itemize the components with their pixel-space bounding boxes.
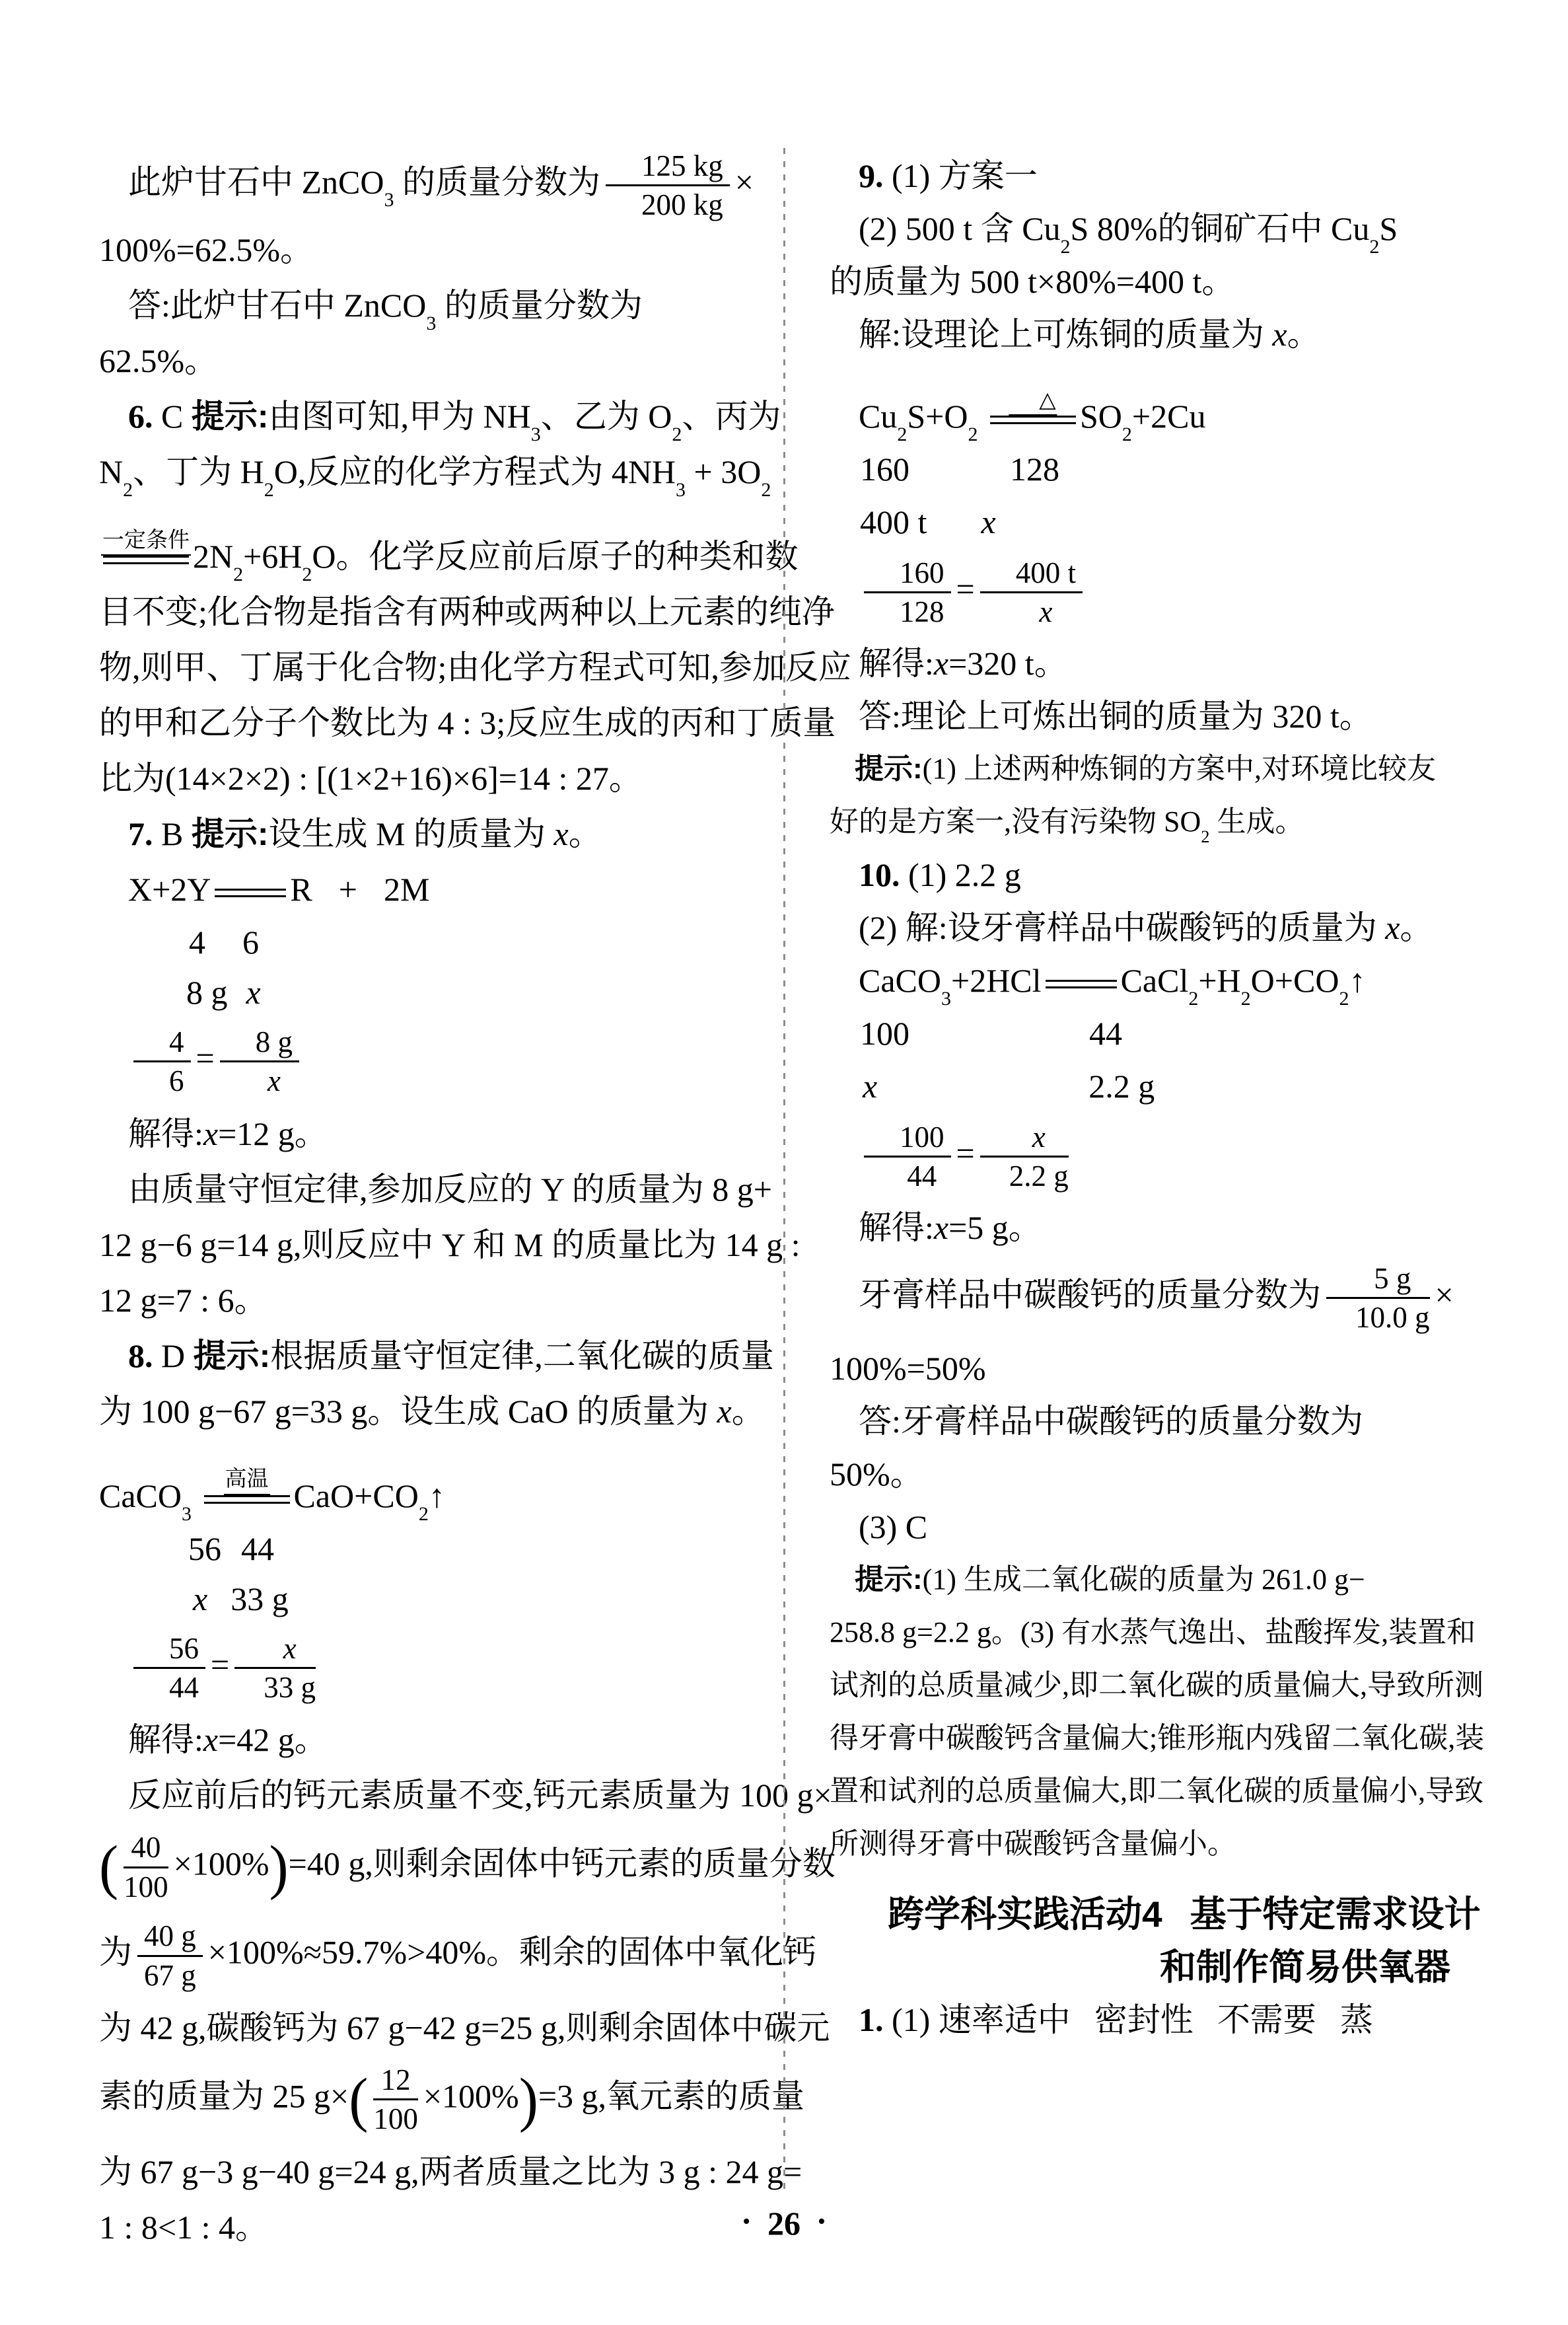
hint-label: 提示:: [194, 1337, 271, 1374]
big-paren: (: [99, 1843, 118, 1892]
subscript: 2: [897, 424, 907, 445]
text-line: 12 g−6 g=14 g,则反应中 Y 和 M 的质量比为 14 g :: [99, 1217, 769, 1273]
text-line: Cu2S+O2 △SO2+2Cu: [830, 361, 1536, 443]
text-line: 提示:(1) 上述两种炼铜的方案中,对环境比较友: [830, 743, 1536, 795]
variable: x: [981, 503, 995, 540]
subscript: 3: [182, 1503, 192, 1525]
subscript: 3: [531, 424, 541, 445]
text-line: 100%=50%: [830, 1342, 1536, 1395]
page-footer: •26•: [0, 2204, 1568, 2242]
text-line: 解得:x=42 g。: [99, 1712, 769, 1767]
text-line: 好的是方案一,没有污染物 SO2 生成。: [830, 795, 1536, 848]
subscript: 2: [1188, 988, 1198, 1010]
left-column: 此炉甘石中 ZnCO3 的质量分数为125 kg200 kg×100%=62.5…: [99, 149, 769, 2255]
subscript: 2: [264, 479, 274, 501]
hint-label: 提示:: [192, 815, 269, 852]
subscript: 2: [1241, 988, 1251, 1010]
subscript: 2: [123, 479, 133, 501]
text-line: 解:设理论上可炼铜的质量为 x。: [830, 308, 1536, 361]
text-line: 8 gx: [99, 967, 769, 1017]
footer-right-dot: •: [818, 2209, 826, 2234]
variable: x: [1385, 909, 1400, 946]
text-line: 解得:x=12 g。: [99, 1106, 769, 1162]
subscript: 2: [302, 564, 312, 585]
text-line: x2.2 g: [830, 1060, 1536, 1113]
subscript: 2: [419, 1503, 429, 1525]
reaction-condition: 一定条件: [101, 527, 191, 556]
big-paren: ): [269, 1843, 289, 1892]
problem-number: 8.: [128, 1337, 153, 1374]
text-line: 为 42 g,碳酸钙为 67 g−42 g=25 g,则剩余固体中碳元: [99, 2000, 769, 2055]
text-line: CaCO3 高温CaO+CO2↑: [99, 1439, 769, 1524]
text-line: 物,则甲、丁属于化合物;由化学方程式可知,参加反应: [99, 640, 769, 695]
subscript: 2: [761, 479, 771, 501]
text-line: 为 67 g−3 g−40 g=24 g,两者质量之比为 3 g : 24 g=: [99, 2144, 769, 2199]
variable: x: [283, 1632, 297, 1665]
fraction: x2.2 g: [980, 1121, 1069, 1193]
text-line: 由质量守恒定律,参加反应的 Y 的质量为 8 g+: [99, 1162, 769, 1217]
variable: x: [1039, 595, 1052, 628]
big-paren: ): [519, 2075, 538, 2124]
fraction: 12100: [373, 2063, 418, 2136]
text-line: 7. B 提示:设生成 M 的质量为 x。: [99, 806, 769, 862]
problem-number: 9.: [859, 157, 884, 194]
subscript: 3: [941, 988, 951, 1010]
text-line: 跨学科实践活动4基于特定需求设计: [830, 1888, 1536, 1940]
text-line: 一定条件2N2+6H2O。化学反应前后原子的种类和数: [99, 499, 769, 584]
fraction: x33 g: [234, 1632, 316, 1705]
hint-label: 提示:: [855, 753, 923, 785]
right-column: 9. (1) 方案一(2) 500 t 含 Cu2S 80%的铜矿石中 Cu2S…: [830, 149, 1536, 2046]
text-line: N2、丁为 H2O,反应的化学方程式为 4NH3 + 3O2: [99, 444, 769, 499]
fraction: 125 kg200 kg: [606, 149, 730, 222]
text-line: 目不变;化合物是指含有两种或两种以上元素的纯净: [99, 584, 769, 640]
text-line: 为 100 g−67 g=33 g。设生成 CaO 的质量为 x。: [99, 1384, 769, 1439]
text-line: 6. C 提示:由图可知,甲为 NH3、乙为 O2、丙为: [99, 388, 769, 444]
text-line: 牙膏样品中碳酸钙的质量分数为5 g10.0 g×: [830, 1254, 1536, 1343]
text-line: (2) 500 t 含 Cu2S 80%的铜矿石中 Cu2S: [830, 202, 1536, 255]
double-line-equals: 高温: [204, 1495, 290, 1504]
reaction-condition: 高温: [224, 1466, 270, 1495]
text-line: 5644: [99, 1524, 769, 1574]
text-line: 解得:x=320 t。: [830, 637, 1536, 690]
variable: x: [1272, 316, 1287, 353]
fraction: 160128: [864, 556, 951, 629]
problem-number: 10.: [859, 856, 900, 893]
text-line: CaCO3+2HClCaCl2+H2O+CO2↑: [830, 954, 1536, 1007]
text-line: 12 g=7 : 6。: [99, 1273, 769, 1328]
text-line: 提示:(1) 生成二氧化碳的质量为 261.0 g−: [830, 1553, 1536, 1606]
text-line: 258.8 g=2.2 g。(3) 有水蒸气逸出、盐酸挥发,装置和: [830, 1606, 1536, 1659]
text-line: 160128=400 tx: [830, 548, 1536, 637]
text-line: x33 g: [99, 1574, 769, 1624]
workbook-answer-page: 此炉甘石中 ZnCO3 的质量分数为125 kg200 kg×100%=62.5…: [0, 0, 1568, 2325]
text-line: 试剂的总质量减少,即二氧化碳的质量偏大,导致所测: [830, 1659, 1536, 1712]
text-line: X+2YR+2M: [99, 862, 769, 917]
text-line: 比为(14×2×2) : [(1×2+16)×6]=14 : 27。: [99, 751, 769, 806]
subscript: 2: [968, 424, 978, 445]
text-line: 和制作简易供氧器: [830, 1940, 1536, 1993]
fraction: 46: [133, 1025, 191, 1098]
subscript: 2: [672, 424, 682, 445]
text-line: 得牙膏中碳酸钙含量偏大;锥形瓶内残留二氧化碳,装: [830, 1712, 1536, 1765]
text-line: 的甲和乙分子个数比为 4 : 3;反应生成的丙和丁质量: [99, 695, 769, 751]
column-divider: [783, 148, 785, 2190]
text-line: 5644=x33 g: [99, 1624, 769, 1713]
text-line: 此炉甘石中 ZnCO3 的质量分数为125 kg200 kg×: [99, 149, 769, 222]
text-line: 10. (1) 2.2 g: [830, 848, 1536, 901]
fraction: 5 g10.0 g: [1326, 1262, 1430, 1335]
text-line: 素的质量为 25 g×(12100×100%)=3 g,氧元素的质量: [99, 2055, 769, 2144]
variable: x: [203, 1721, 218, 1758]
text-line: 答:此炉甘石中 ZnCO3 的质量分数为: [99, 277, 769, 333]
text-line: 46=8 gx: [99, 1017, 769, 1106]
text-line: (40100×100%)=40 g,则剩余固体中钙元素的质量分数: [99, 1823, 769, 1911]
reaction-condition: △: [1009, 387, 1057, 416]
text-line: 置和试剂的总质量偏大,即二氧化碳的质量偏小,导致: [830, 1765, 1536, 1818]
variable: x: [246, 974, 261, 1011]
text-line: (3) C: [830, 1500, 1536, 1553]
variable: x: [193, 1580, 207, 1617]
text-line: 的质量为 500 t×80%=400 t。: [830, 255, 1536, 308]
variable: x: [934, 645, 948, 682]
text-line: 答:理论上可炼出铜的质量为 320 t。: [830, 690, 1536, 743]
fraction: 5644: [133, 1632, 205, 1705]
text-line: 50%。: [830, 1448, 1536, 1500]
subscript: 2: [1339, 988, 1349, 1010]
variable: x: [863, 1068, 877, 1105]
text-line: 为40 g67 g×100%≈59.7%>40%。剩余的固体中氧化钙: [99, 1911, 769, 2000]
text-line: 解得:x=5 g。: [830, 1201, 1536, 1254]
subscript: 2: [1201, 827, 1209, 846]
footer-left-dot: •: [742, 2209, 750, 2234]
double-line-equals: △: [990, 416, 1076, 424]
footer-page-number: 26: [767, 2205, 801, 2242]
subscript: 2: [1061, 236, 1071, 258]
subscript: 2: [1369, 236, 1379, 258]
variable: x: [1032, 1121, 1046, 1154]
text-line: 100%=62.5%。: [99, 222, 769, 277]
text-line: 160128: [830, 443, 1536, 496]
double-line-equals: 一定条件: [103, 556, 189, 564]
text-line: (2) 解:设牙膏样品中碳酸钙的质量为 x。: [830, 901, 1536, 954]
text-line: 62.5%。: [99, 333, 769, 388]
hint-label: 提示:: [855, 1563, 923, 1596]
fraction: 400 tx: [980, 556, 1083, 629]
subscript: 2: [1122, 424, 1132, 445]
subscript: 2: [233, 564, 243, 585]
double-line-equals: [1046, 980, 1117, 988]
subscript: 3: [426, 313, 436, 334]
text-line: 答:牙膏样品中碳酸钙的质量分数为: [830, 1395, 1536, 1448]
problem-number: 7.: [128, 815, 153, 852]
text-line: 反应前后的钙元素质量不变,钙元素质量为 100 g×: [99, 1767, 769, 1823]
text-line: 1. (1) 速率适中密封性不需要蒸: [830, 1993, 1536, 2046]
fraction: 8 gx: [220, 1025, 299, 1098]
variable: x: [934, 1209, 948, 1246]
text-line: 8. D 提示:根据质量守恒定律,二氧化碳的质量: [99, 1328, 769, 1384]
problem-number: 6.: [128, 398, 153, 435]
text-line: 9. (1) 方案一: [830, 149, 1536, 202]
text-line: 10044: [830, 1007, 1536, 1060]
subscript: 3: [384, 189, 394, 211]
text-line: 10044=x2.2 g: [830, 1113, 1536, 1201]
text-line: 400 tx: [830, 496, 1536, 548]
fraction: 40 g67 g: [137, 1919, 203, 1992]
fraction: 10044: [864, 1121, 951, 1193]
text-line: 46: [99, 917, 769, 967]
variable: x: [717, 1393, 732, 1430]
subscript: 3: [676, 479, 686, 501]
variable: x: [267, 1064, 281, 1097]
hint-label: 提示:: [192, 398, 269, 435]
variable: x: [203, 1115, 218, 1152]
big-paren: (: [349, 2075, 368, 2124]
double-line-equals: [215, 889, 286, 897]
problem-number: 1.: [859, 2001, 884, 2038]
text-line: 所测得牙膏中碳酸钙含量偏小。: [830, 1818, 1536, 1870]
fraction: 40100: [124, 1831, 168, 1903]
variable: x: [553, 815, 568, 852]
